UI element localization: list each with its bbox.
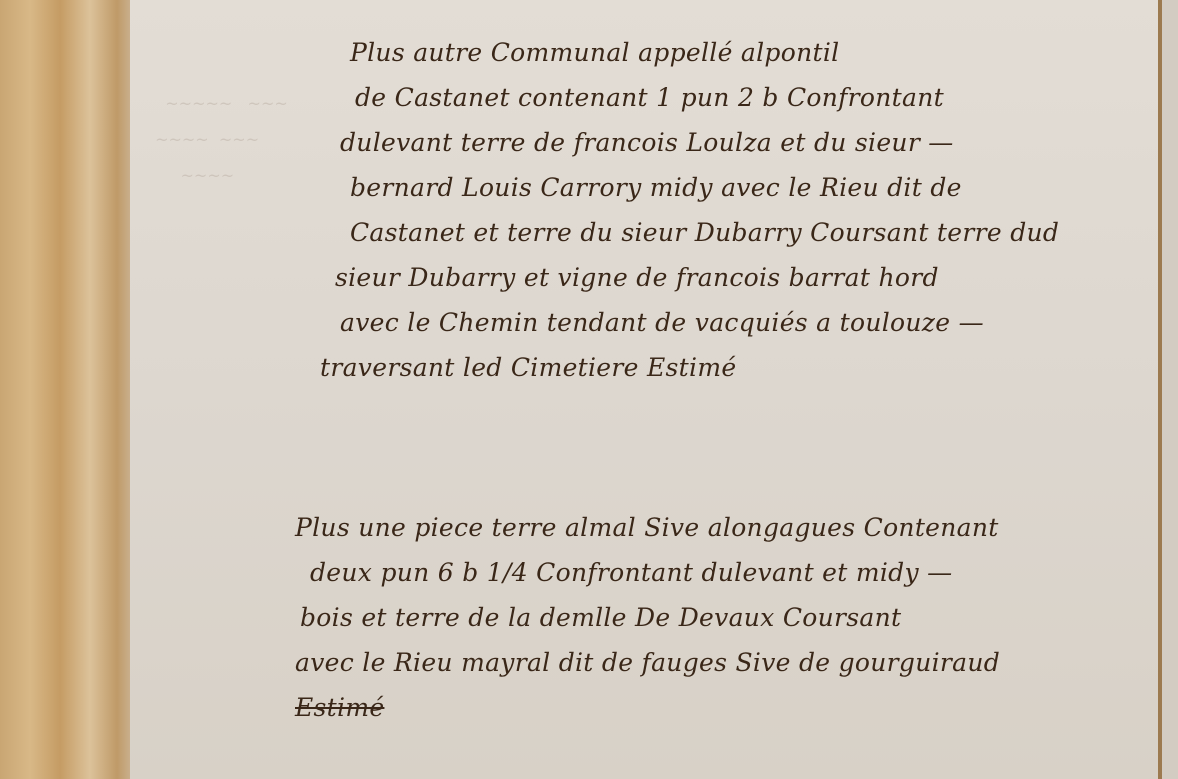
entry-2-line-2: deux pun 6 b 1/4 Confrontant dulevant et… — [295, 550, 1000, 595]
entry-1-line-7: avec le Chemin tendant de vacquiés a tou… — [320, 300, 1059, 345]
entry-1-line-5: Castanet et terre du sieur Dubarry Cours… — [320, 210, 1059, 255]
entry-1-line-6: sieur Dubarry et vigne de francois barra… — [320, 255, 1059, 300]
entry-2-line-4: avec le Rieu mayral dit de fauges Sive d… — [295, 640, 1000, 685]
entry-2-line-3: bois et terre de la demlle De Devaux Cou… — [295, 595, 1000, 640]
entry-1-line-1: Plus autre Communal appellé alpontil — [320, 30, 1059, 75]
facing-page-edge — [1162, 0, 1178, 779]
entry-2-line-1: Plus une piece terre almal Sive alongagu… — [295, 505, 1000, 550]
entry-1: Plus autre Communal appellé alpontil de … — [320, 30, 1059, 390]
entry-1-line-2: de Castanet contenant 1 pun 2 b Confront… — [320, 75, 1059, 120]
entry-2-estimate: Estimé — [295, 685, 1000, 730]
entry-1-line-4: bernard Louis Carrory midy avec le Rieu … — [320, 165, 1059, 210]
entry-1-line-8: traversant led Cimetiere Estimé — [320, 345, 1059, 390]
entry-1-line-3: dulevant terre de francois Loulza et du … — [320, 120, 1059, 165]
page-edge-stack — [0, 0, 150, 779]
entry-2: Plus une piece terre almal Sive alongagu… — [295, 505, 1000, 730]
